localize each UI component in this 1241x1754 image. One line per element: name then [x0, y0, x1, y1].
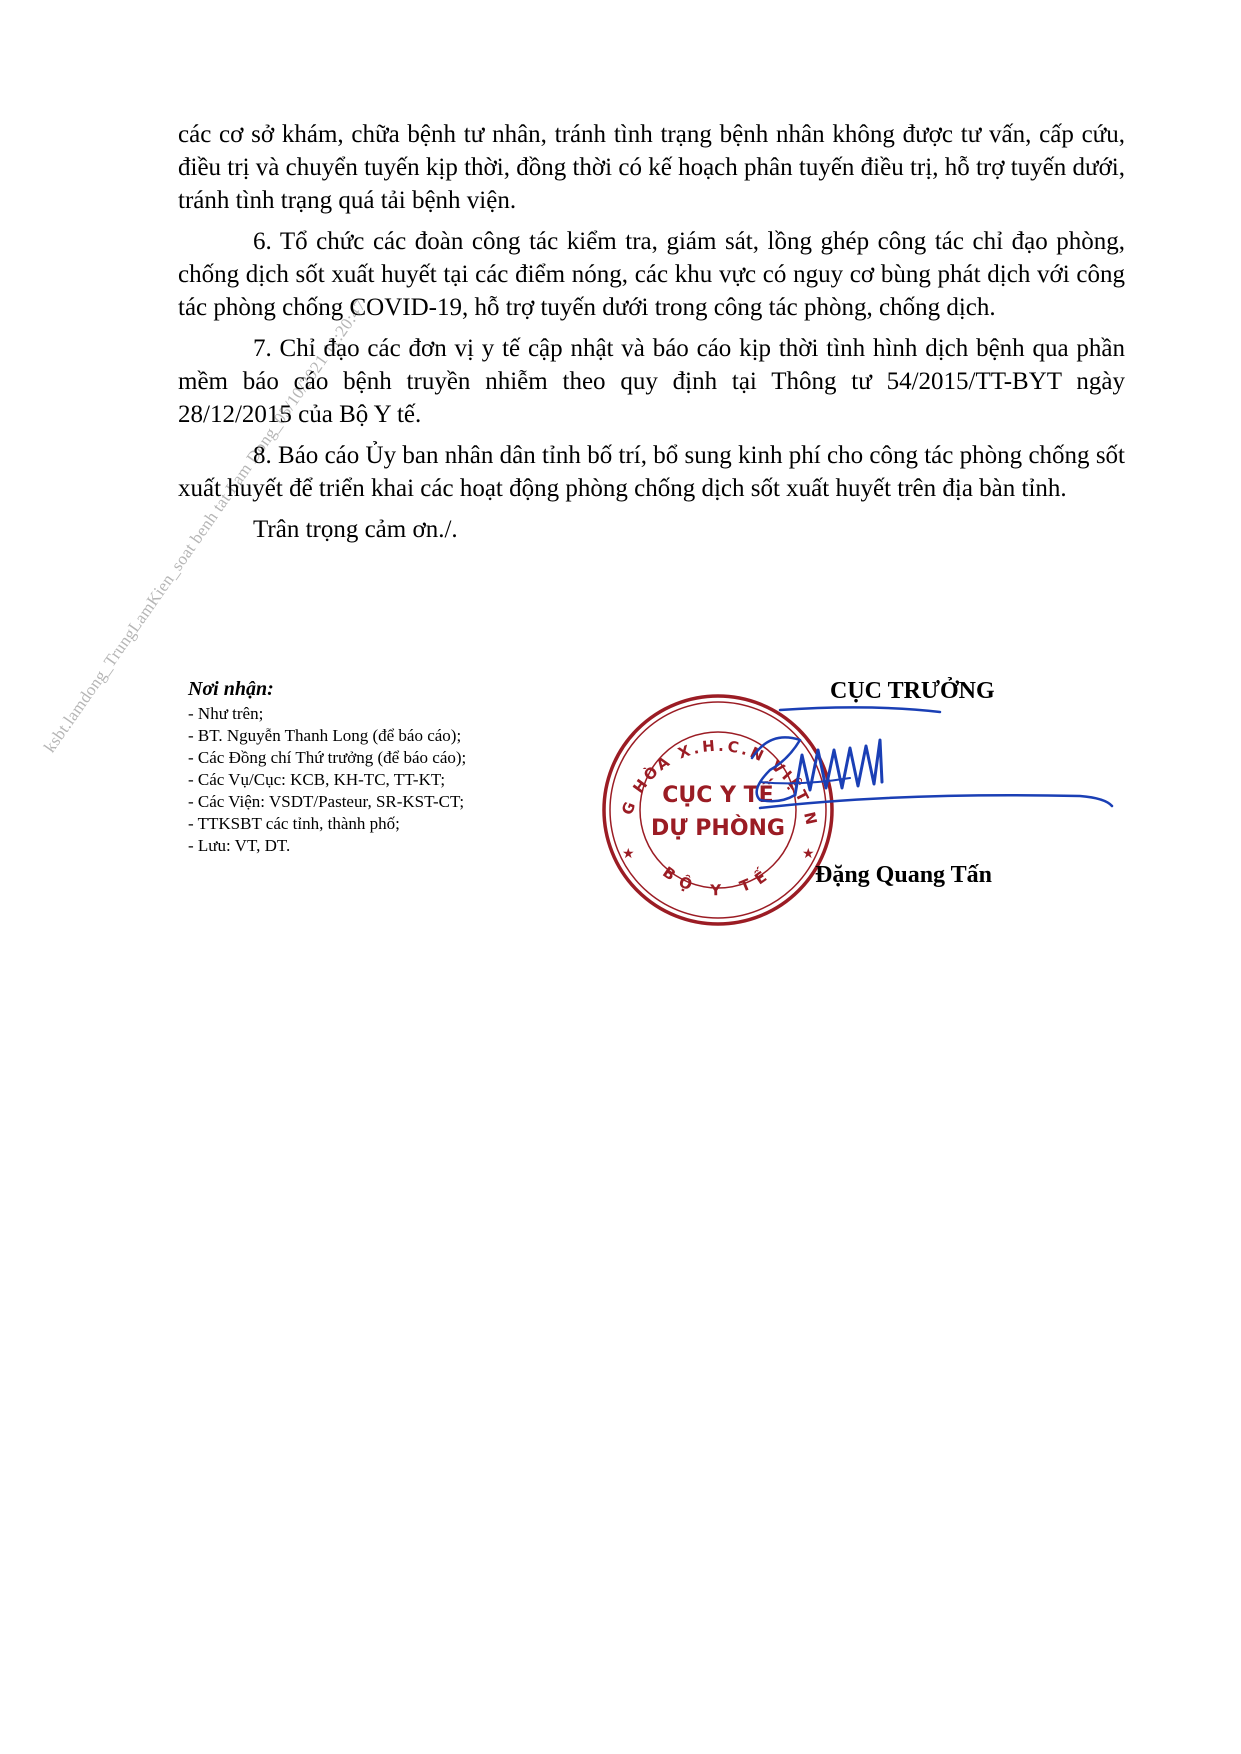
signer-name: Đặng Quang Tấn	[815, 862, 992, 889]
paragraph-item-6: 6. Tổ chức các đoàn công tác kiểm tra, g…	[178, 225, 1125, 324]
paragraph-continuation: các cơ sở khám, chữa bệnh tư nhân, tránh…	[178, 118, 1125, 217]
recipients-title: Nơi nhận:	[188, 676, 588, 702]
recipient-item: - Các Vụ/Cục: KCB, KH-TC, TT-KT;	[188, 769, 588, 791]
recipient-item: - BT. Nguyễn Thanh Long (để báo cáo);	[188, 725, 588, 747]
recipient-item: - TTKSBT các tỉnh, thành phố;	[188, 813, 588, 835]
recipient-item: - Các Đồng chí Thứ trưởng (để báo cáo);	[188, 747, 588, 769]
svg-text:★: ★	[622, 846, 635, 862]
closing-line: Trân trọng cảm ơn./.	[178, 513, 1125, 546]
document-page: ksbt.lamdong_TrungLamKien_soat benh tat …	[0, 0, 1241, 1754]
paragraph-item-8: 8. Báo cáo Ủy ban nhân dân tỉnh bố trí, …	[178, 439, 1125, 505]
recipients-list: - Như trên; - BT. Nguyễn Thanh Long (để …	[188, 703, 588, 857]
recipient-item: - Lưu: VT, DT.	[188, 835, 588, 857]
svg-text:BỘ Y TẾ: BỘ Y TẾ	[659, 861, 776, 900]
handwritten-signature-icon	[740, 700, 1120, 860]
recipient-item: - Như trên;	[188, 703, 588, 725]
recipient-item: - Các Viện: VSDT/Pasteur, SR-KST-CT;	[188, 791, 588, 813]
paragraph-item-7: 7. Chỉ đạo các đơn vị y tế cập nhật và b…	[178, 332, 1125, 431]
recipients-block: Nơi nhận: - Như trên; - BT. Nguyễn Thanh…	[188, 676, 588, 857]
document-body: các cơ sở khám, chữa bệnh tư nhân, tránh…	[178, 118, 1125, 554]
